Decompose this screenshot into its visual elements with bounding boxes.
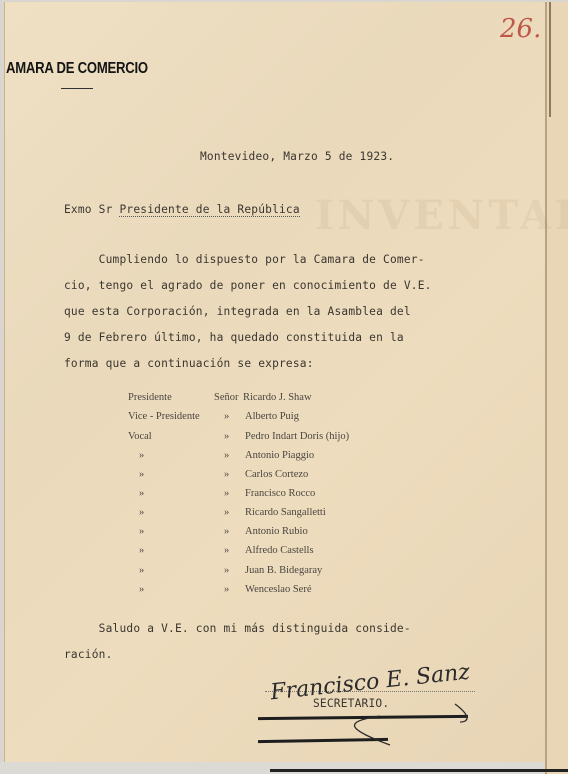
member-name: Juan B. Bidegaray [245, 565, 322, 576]
member-name: Francisco Rocco [245, 488, 315, 499]
member-role: » [139, 450, 144, 461]
member-row: » » Carlos Cortezo [0, 469, 545, 487]
member-role: » [139, 545, 144, 556]
member-row: » » Antonio Piaggio [0, 450, 545, 468]
body-line: que esta Corporación, integrada en la As… [64, 305, 411, 318]
member-name: Wenceslao Seré [245, 584, 312, 595]
member-name: Alfredo Castells [245, 545, 314, 556]
member-row: Vocal » Pedro Indart Doris (hijo) [0, 431, 545, 449]
body-line: forma que a continuación se expresa: [64, 357, 314, 370]
page-number: 26. [500, 14, 541, 44]
member-role: » [139, 488, 144, 499]
member-row: » » Juan B. Bidegaray [0, 565, 545, 583]
member-name: Ricardo Sangalletti [245, 507, 326, 518]
member-row: Vice - Presidente » Alberto Puig [0, 411, 545, 429]
member-row: » » Alfredo Castells [0, 545, 545, 563]
ditto-mark: » [224, 565, 229, 576]
member-role: Vice - Presidente [128, 411, 200, 422]
ditto-mark: » [224, 507, 229, 518]
page-binding-strip [549, 2, 551, 117]
signature-flourish-curve [320, 700, 470, 750]
member-row: » » Wenceslao Seré [0, 584, 545, 602]
member-title: Señor [214, 392, 239, 403]
ditto-mark: » [224, 545, 229, 556]
member-row: Presidente Señor Ricardo J. Shaw [0, 392, 545, 410]
watermark: INVENTARIO [315, 192, 568, 239]
salutation-prefix: Exmo Sr [64, 203, 119, 216]
member-role: » [139, 526, 144, 537]
member-name: Ricardo J. Shaw [243, 392, 312, 403]
member-name: Carlos Cortezo [245, 469, 308, 480]
member-name: Antonio Piaggio [245, 450, 314, 461]
ditto-mark: » [224, 411, 229, 422]
closing-line: Saludo a V.E. con mi más distinguida con… [64, 622, 411, 635]
member-role: Vocal [128, 431, 152, 442]
member-name: Antonio Rubio [245, 526, 308, 537]
member-role: » [139, 565, 144, 576]
member-name: Pedro Indart Doris (hijo) [245, 431, 349, 442]
member-role: » [139, 469, 144, 480]
ditto-mark: » [224, 450, 229, 461]
member-row: » » Ricardo Sangalletti [0, 507, 545, 525]
ditto-mark: » [224, 526, 229, 537]
member-row: » » Francisco Rocco [0, 488, 545, 506]
member-role: Presidente [128, 392, 172, 403]
letterhead: AMARA DE COMERCIO [6, 60, 148, 78]
scan-bottom-line [270, 769, 568, 772]
body-line: Cumpliendo lo dispuesto por la Camara de… [64, 253, 425, 266]
member-role: » [139, 584, 144, 595]
body-line: 9 de Febrero último, ha quedado constitu… [64, 331, 404, 344]
member-row: » » Antonio Rubio [0, 526, 545, 544]
ditto-mark: » [224, 584, 229, 595]
ditto-mark: » [224, 469, 229, 480]
member-name: Alberto Puig [245, 411, 299, 422]
ditto-mark: » [224, 488, 229, 499]
date-line: Montevideo, Marzo 5 de 1923. [200, 150, 394, 163]
scan-bottom-edge [0, 762, 545, 774]
body-line: cio, tengo el agrado de poner en conocim… [64, 279, 432, 292]
closing-line: ración. [64, 648, 113, 661]
ditto-mark: » [224, 431, 229, 442]
page-edge [545, 2, 568, 774]
salutation: Exmo Sr Presidente de la República [64, 203, 300, 216]
salutation-addressee: Presidente de la República [119, 203, 299, 217]
member-role: » [139, 507, 144, 518]
letterhead-rule [61, 88, 93, 89]
